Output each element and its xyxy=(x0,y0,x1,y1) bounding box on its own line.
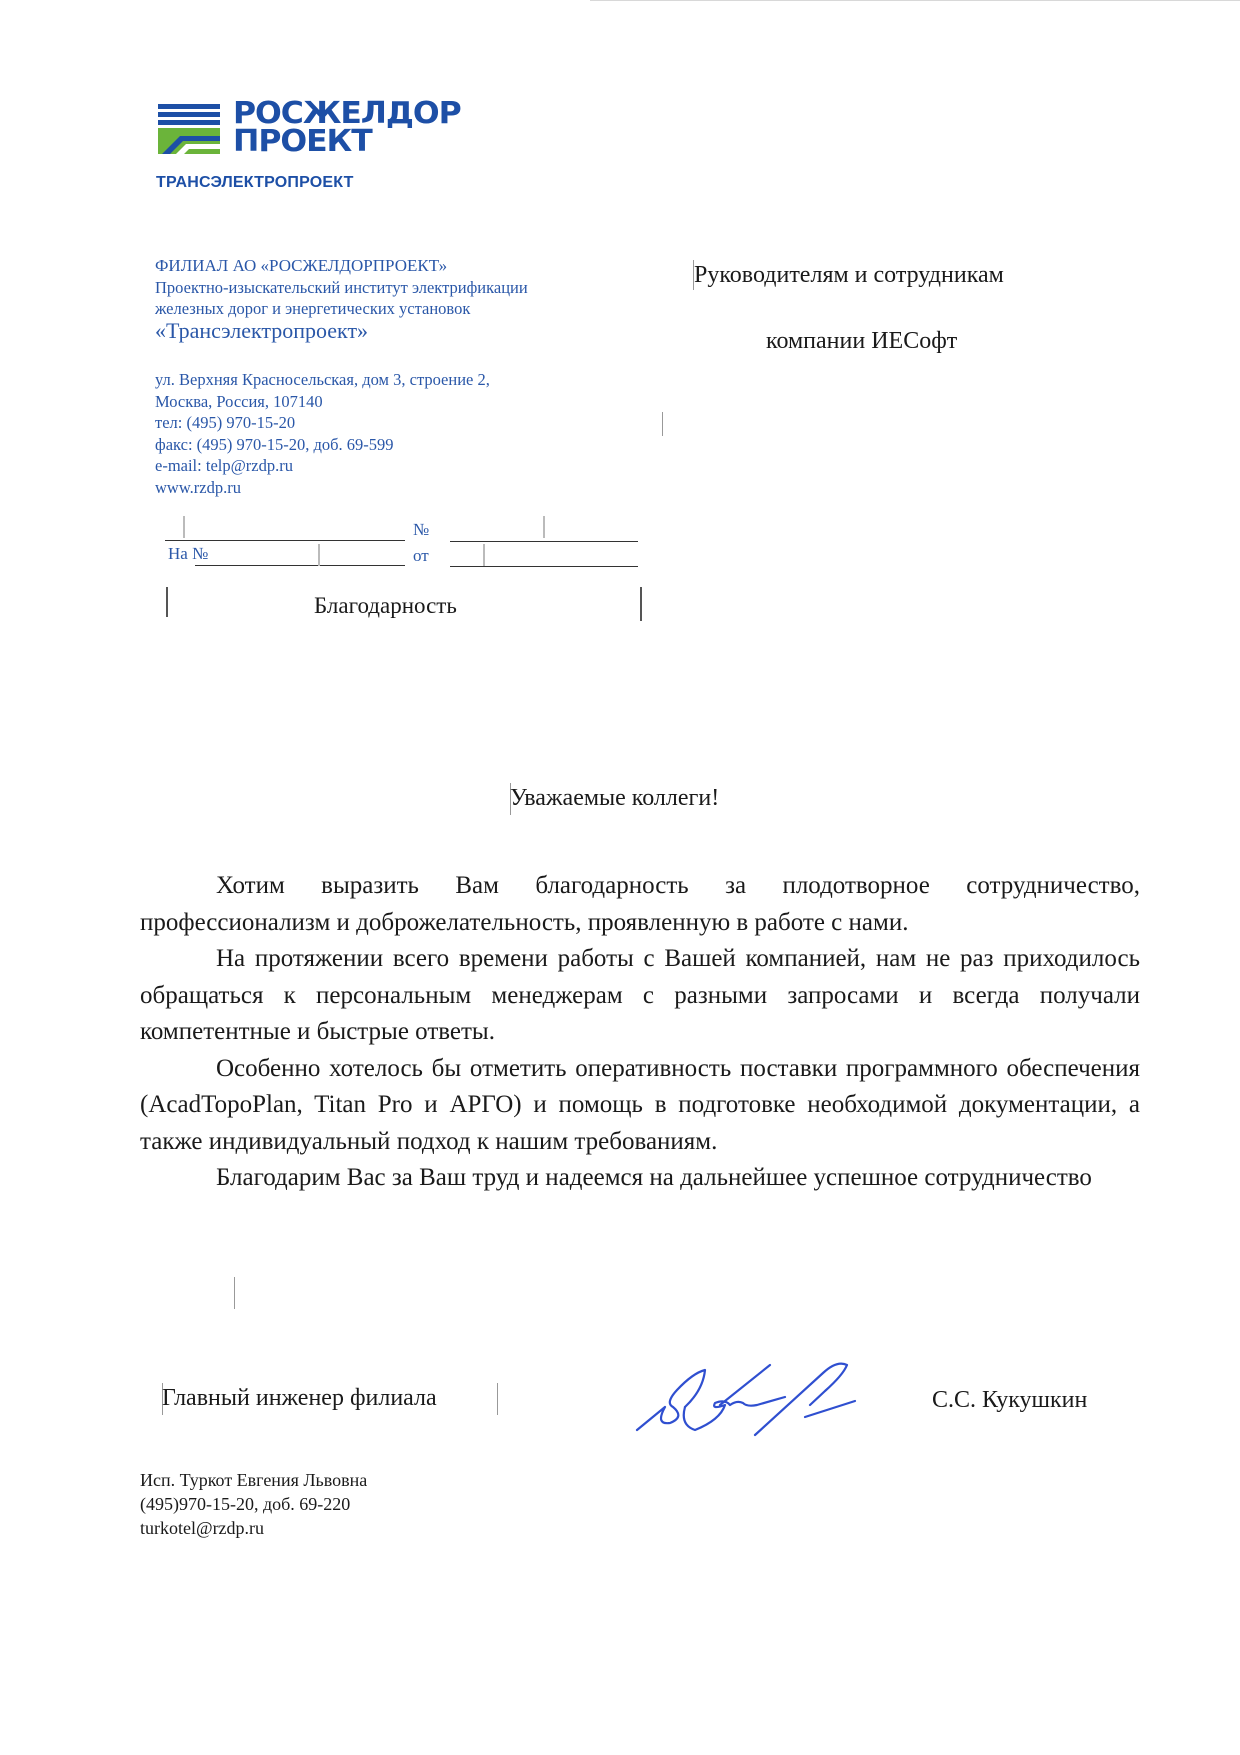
subject: Благодарность xyxy=(314,593,457,619)
cursor-marker xyxy=(234,1277,235,1309)
page-top-edge xyxy=(590,0,1240,1)
email: e-mail: telp@rzdp.ru xyxy=(155,455,490,477)
executor-name: Исп. Туркот Евгения Львовна xyxy=(140,1468,367,1492)
address-line-2: Москва, Россия, 107140 xyxy=(155,391,490,413)
executor-email: turkotel@rzdp.ru xyxy=(140,1516,367,1540)
institute-name: «Трансэлектропроект» xyxy=(155,320,368,341)
branch-name: ФИЛИАЛ АО «РОСЖЕЛДОРПРОЕКТ» xyxy=(155,255,447,276)
body-paragraph: На протяжении всего времени работы с Ваш… xyxy=(140,941,1140,1051)
field-marker xyxy=(543,516,545,538)
phone: тел: (495) 970-15-20 xyxy=(155,412,490,434)
rzdp-logo-icon xyxy=(158,104,220,154)
number-label: № xyxy=(413,520,429,540)
signatory-name: С.С. Кукушкин xyxy=(932,1387,1087,1414)
addressee-line-2: компании ИЕСофт xyxy=(766,328,957,355)
handwritten-signature-icon xyxy=(625,1335,875,1445)
signatory-title: Главный инженер филиала xyxy=(162,1385,437,1412)
executor-block: Исп. Туркот Евгения Львовна (495)970-15-… xyxy=(140,1468,367,1540)
institute-line-2: железных дорог и энергетических установо… xyxy=(155,298,470,319)
executor-phone: (495)970-15-20, доб. 69-220 xyxy=(140,1492,367,1516)
field-marker xyxy=(318,544,320,566)
body-paragraph: Особенно хотелось бы отметить оперативно… xyxy=(140,1051,1140,1161)
outgoing-date-line xyxy=(450,541,638,542)
reply-date-line xyxy=(450,566,638,567)
logo-subtitle: ТРАНСЭЛЕКТРОПРОЕКТ xyxy=(156,174,354,192)
in-reply-label: На № xyxy=(168,544,208,564)
letter-body: Хотим выразить Вам благодарность за плод… xyxy=(140,868,1140,1197)
address-line-1: ул. Верхняя Красносельская, дом 3, строе… xyxy=(155,369,490,391)
body-paragraph: Хотим выразить Вам благодарность за плод… xyxy=(140,868,1140,941)
body-paragraph: Благодарим Вас за Ваш труд и надеемся на… xyxy=(140,1160,1140,1197)
subject-bracket-left xyxy=(166,587,168,617)
from-label: от xyxy=(413,546,429,566)
institute-line-1: Проектно-изыскательский институт электри… xyxy=(155,277,528,298)
website: www.rzdp.ru xyxy=(155,477,490,499)
contact-block: ул. Верхняя Красносельская, дом 3, строе… xyxy=(155,369,490,498)
addressee-line-1: Руководителям и сотрудникам xyxy=(694,262,1004,289)
field-marker xyxy=(183,516,185,538)
reply-number-line xyxy=(195,565,405,566)
greeting: Уважаемые коллеги! xyxy=(510,785,719,812)
field-marker xyxy=(483,544,485,566)
outgoing-number-line xyxy=(165,540,405,541)
field-marker xyxy=(662,412,663,436)
subject-bracket-right xyxy=(640,587,642,621)
field-marker xyxy=(497,1383,498,1415)
logo-wordmark: РОСЖЕЛДОР ПРОЕКТ xyxy=(233,100,461,156)
fax: факс: (495) 970-15-20, доб. 69-599 xyxy=(155,434,490,456)
